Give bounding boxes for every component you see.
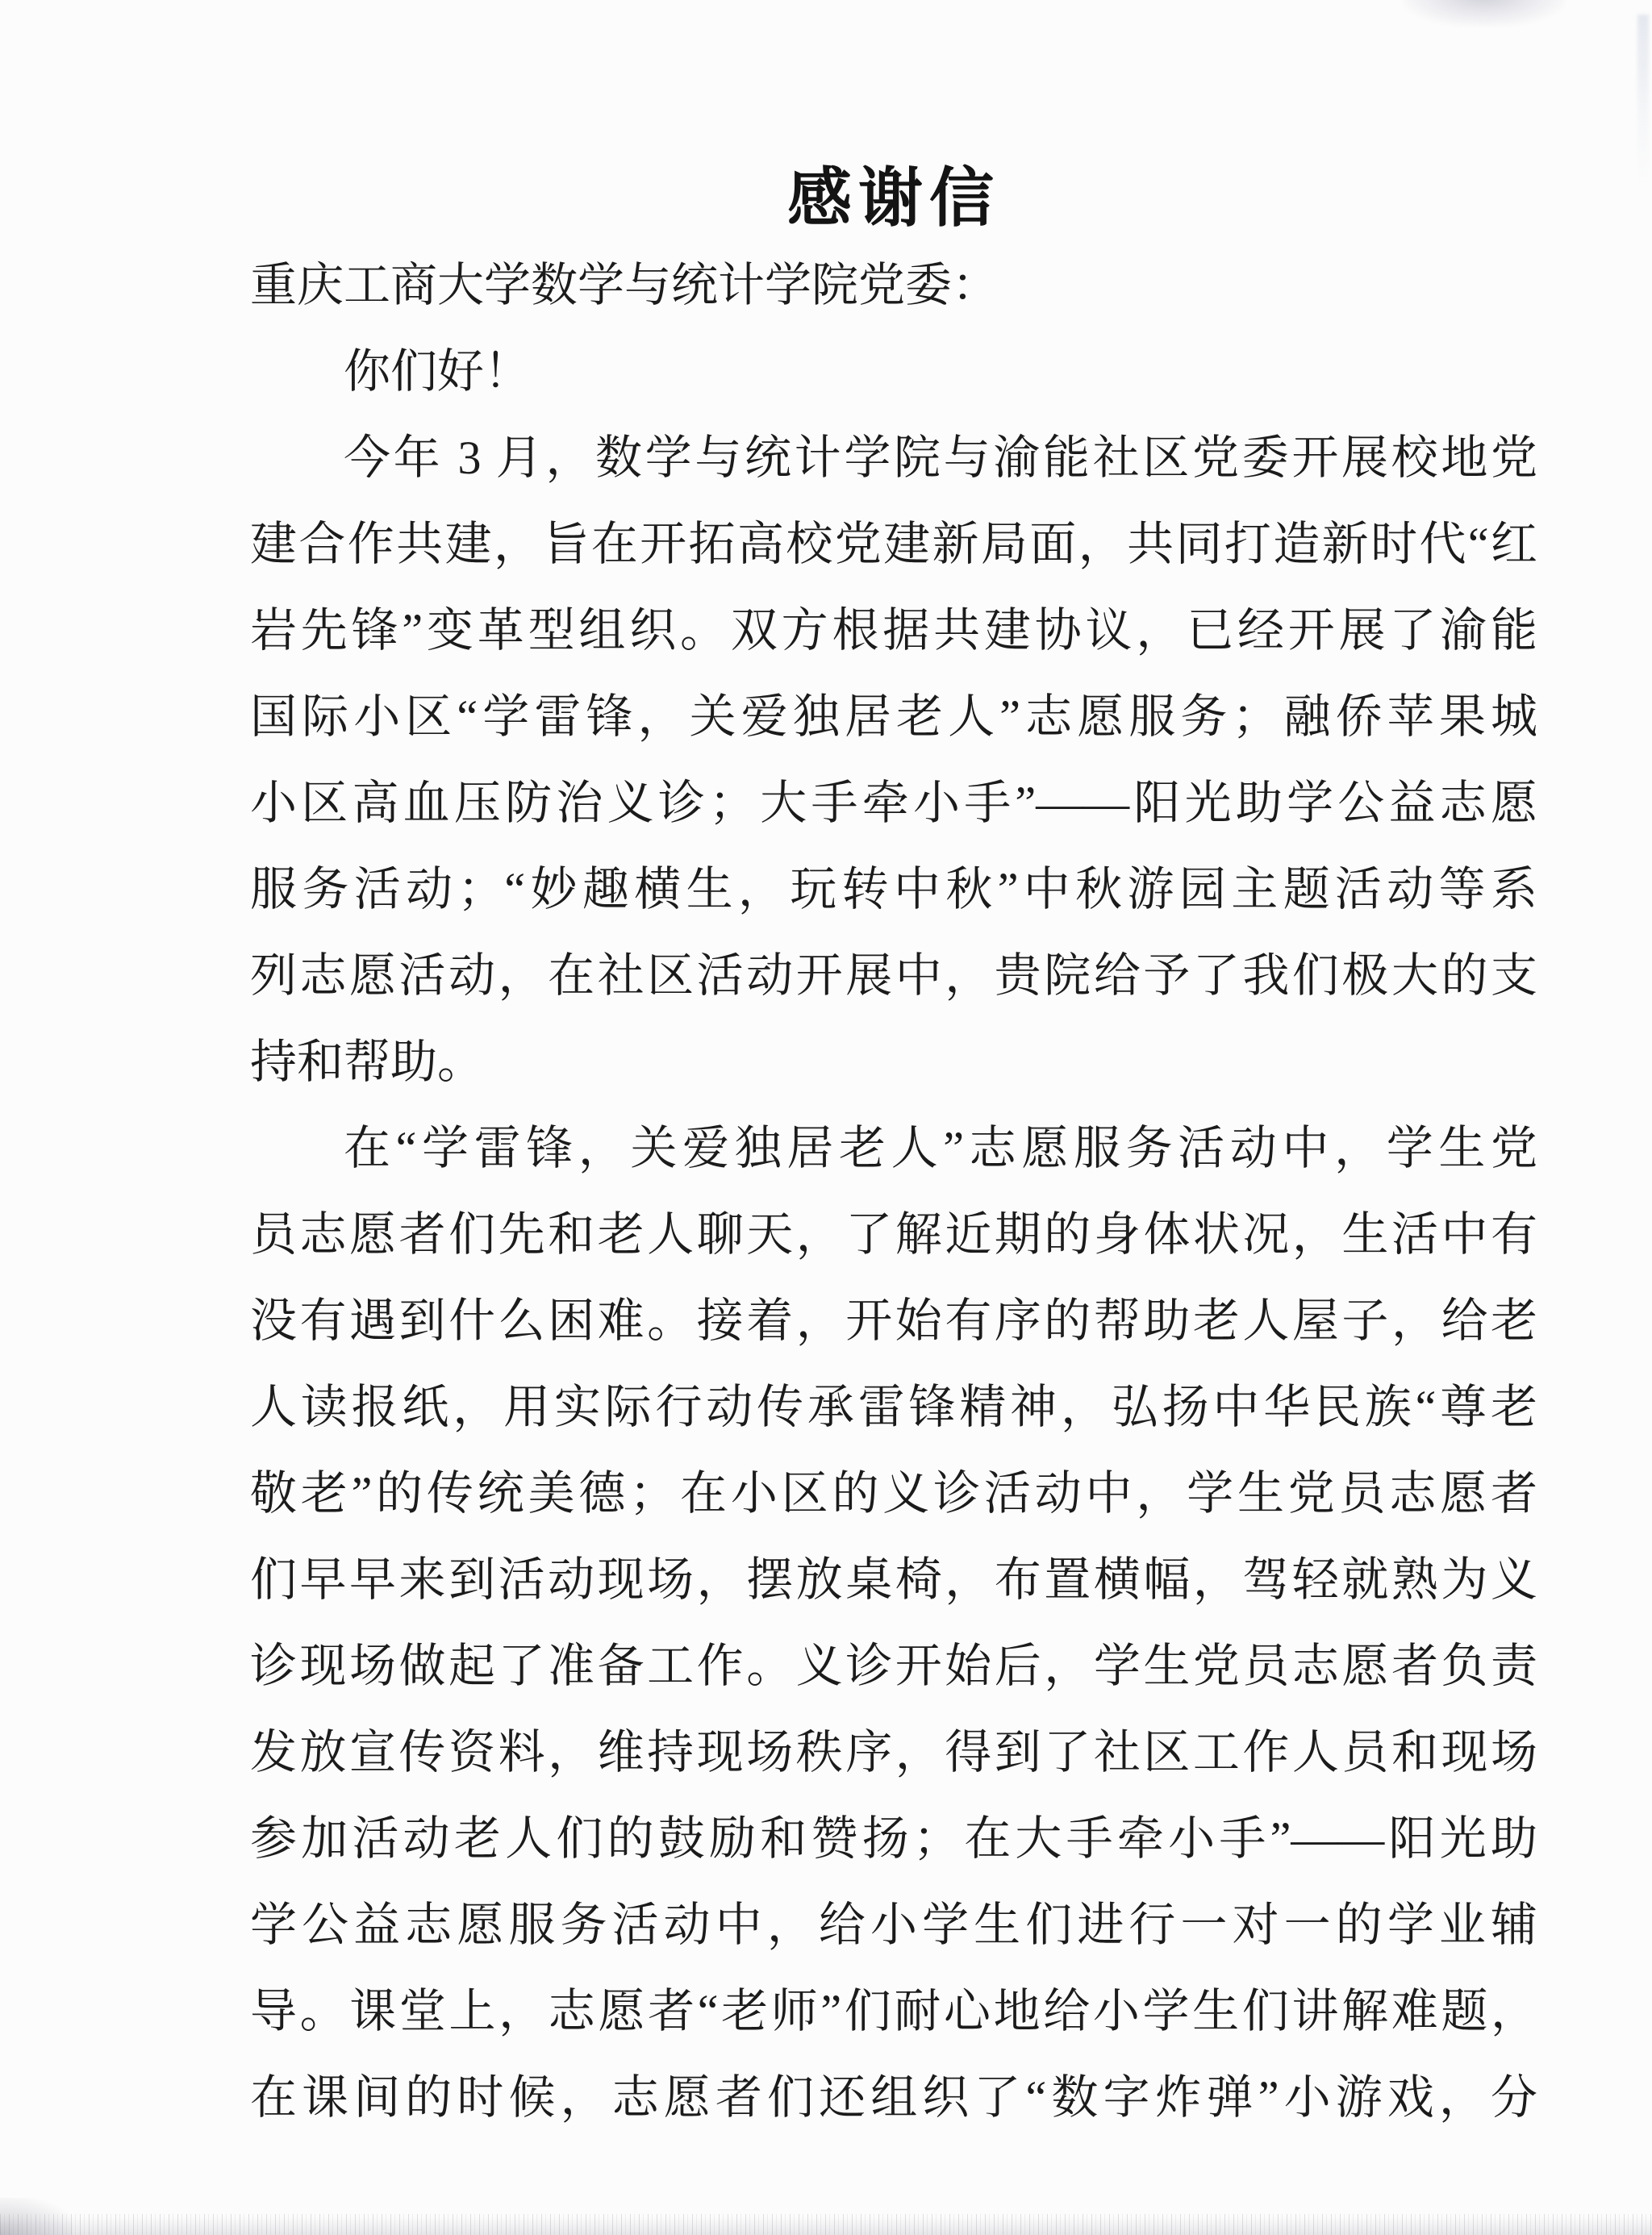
scanned-page: 感谢信 重庆工商大学数学与统计学院党委： 你们好！ 今年 3 月，数学与统计学院… bbox=[0, 0, 1652, 2235]
salutation-line: 重庆工商大学数学与统计学院党委： bbox=[250, 242, 1537, 328]
letter-line: 学公益志愿服务活动中，给小学生们进行一对一的学业辅 bbox=[250, 1882, 1537, 1968]
letter-title: 感谢信 bbox=[250, 160, 1537, 237]
letter-line: 员志愿者们先和老人聊天，了解近期的身体状况，生活中有 bbox=[250, 1191, 1537, 1278]
letter-line: 今年 3 月，数学与统计学院与渝能社区党委开展校地党 bbox=[250, 415, 1537, 501]
letter-line: 人读报纸，用实际行动传承雷锋精神，弘扬中华民族“尊老 bbox=[250, 1364, 1537, 1450]
letter-line: 在“学雷锋，关爱独居老人”志愿服务活动中，学生党 bbox=[250, 1105, 1537, 1191]
scan-smudge-right-edge bbox=[1637, 15, 1649, 184]
letter-line: 国际小区“学雷锋，关爱独居老人”志愿服务；融侨苹果城 bbox=[250, 673, 1537, 760]
letter-line: 诊现场做起了准备工作。义诊开始后，学生党员志愿者负责 bbox=[250, 1623, 1537, 1709]
letter-line: 建合作共建，旨在开拓高校党建新局面，共同打造新时代“红 bbox=[250, 501, 1537, 587]
letter-line: 服务活动；“妙趣横生，玩转中秋”中秋游园主题活动等系 bbox=[250, 846, 1537, 932]
letter-line: 发放宣传资料，维持现场秩序，得到了社区工作人员和现场 bbox=[250, 1709, 1537, 1795]
letter-line: 在课间的时候，志愿者们还组织了“数字炸弹”小游戏，分 bbox=[250, 2054, 1537, 2141]
letter-line: 小区高血压防治义诊；大手牵小手”——阳光助学公益志愿 bbox=[250, 760, 1537, 846]
scan-speckle-bottom-edge bbox=[0, 2214, 1652, 2235]
letter-line: 导。课堂上，志愿者“老师”们耐心地给小学生们讲解难题， bbox=[250, 1968, 1537, 2054]
letter-line: 们早早来到活动现场，摆放桌椅，布置横幅，驾轻就熟为义 bbox=[250, 1537, 1537, 1623]
letter-line: 持和帮助。 bbox=[250, 1019, 1537, 1105]
letter-line: 敬老”的传统美德；在小区的义诊活动中，学生党员志愿者 bbox=[250, 1450, 1537, 1537]
letter-line: 参加活动老人们的鼓励和赞扬；在大手牵小手”——阳光助 bbox=[250, 1795, 1537, 1882]
letter-line: 没有遇到什么困难。接着，开始有序的帮助老人屋子，给老 bbox=[250, 1278, 1537, 1364]
letter-line: 岩先锋”变革型组织。双方根据共建协议，已经开展了渝能 bbox=[250, 587, 1537, 673]
letter-body: 重庆工商大学数学与统计学院党委： 你们好！ 今年 3 月，数学与统计学院与渝能社… bbox=[250, 242, 1537, 2141]
scan-smudge-top-right bbox=[1404, 0, 1565, 26]
scan-speckle-bottom-left-corner bbox=[0, 2198, 73, 2235]
letter-line: 列志愿活动，在社区活动开展中，贵院给予了我们极大的支 bbox=[250, 932, 1537, 1019]
greeting-line: 你们好！ bbox=[250, 328, 1537, 415]
